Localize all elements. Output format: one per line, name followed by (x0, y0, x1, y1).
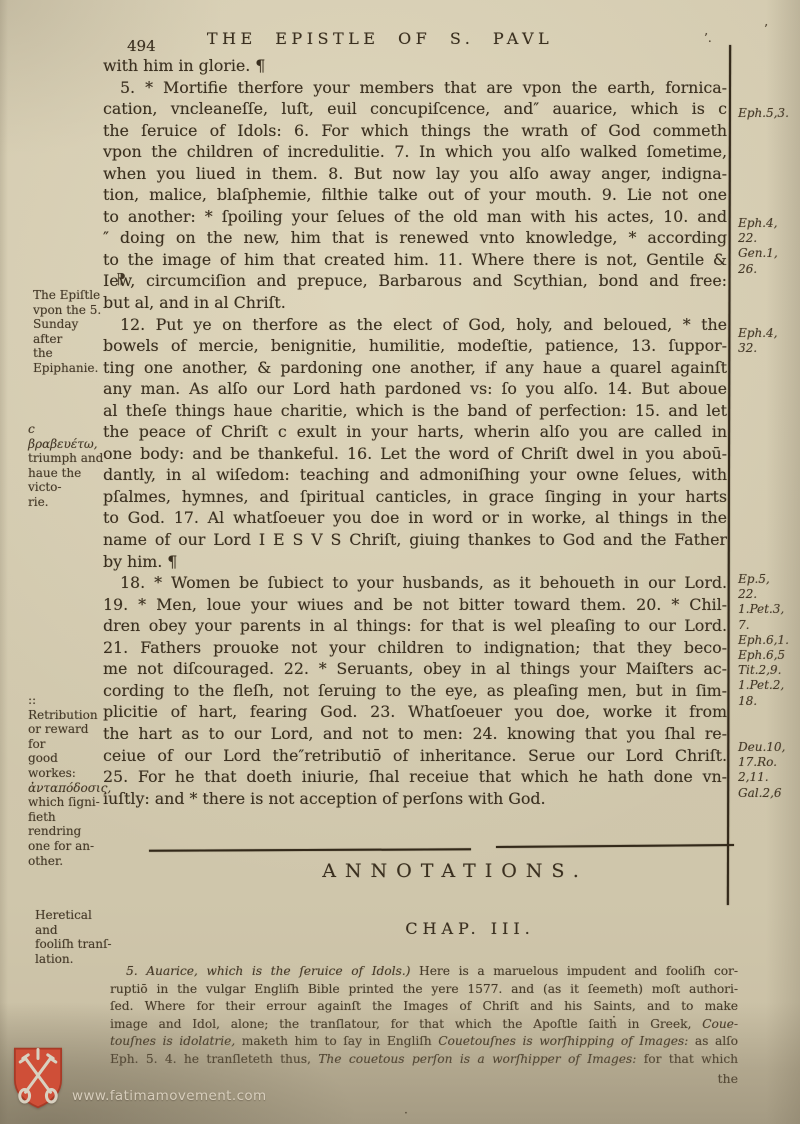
text-line: Iew, circumciſion and prepuce, Barbarous… (103, 270, 727, 292)
scripture-ref: Deu.10, (738, 740, 798, 755)
text-line: to the image of him that created him. 11… (103, 249, 727, 271)
scripture-ref-group: Eph.4,22.Gen.1,26. (738, 216, 798, 277)
margin-note-line: or reward for (28, 722, 106, 751)
scan-shadow-left (0, 0, 8, 1124)
margin-note-line: ¶ (48, 272, 126, 287)
scripture-ref: 18. (738, 694, 798, 709)
scripture-ref-group: Deu.10,17.Ro.2,11.Gal.2,6 (738, 740, 798, 801)
text-line: plicitie of hart, fearing God. 23. Whatſ… (103, 701, 727, 723)
margin-note-line: Sunday after (33, 317, 111, 346)
annotation-segment: Here is a maruelous impudent and fooliſh… (410, 964, 738, 978)
margin-note-greek-triumph: c βραβευέτω,triumph andhaue the victo-ri… (28, 422, 106, 510)
text-line: cording to the fleſh, not ſeruing to the… (103, 680, 727, 702)
margin-note-line: c βραβευέτω, (28, 422, 106, 451)
text-line: 5. * Mortifie therfore your members that… (103, 77, 727, 99)
text-line: with him in glorie. ¶ (103, 55, 727, 77)
scripture-ref: Eph.6,1. (738, 633, 798, 648)
stray-mark: ’. (704, 31, 712, 45)
text-line: cation, vncleaneſſe, luſt, euil concupiſ… (103, 98, 727, 120)
margin-note-line: triumph and (28, 451, 106, 466)
text-line: dren obey your parents in al things: for… (103, 615, 727, 637)
stray-mark: · (612, 1010, 616, 1024)
margin-note-line: The Epiſtle (33, 288, 111, 303)
scripture-ref: Tit.2,9. (738, 663, 798, 678)
annotation-segment: as alſo (688, 1034, 738, 1048)
margin-note-line: rie. (28, 495, 106, 510)
annotation-line: Eph. 5. 4. he tranſleteth thus, The coue… (110, 1051, 738, 1069)
scripture-ref-group: Eph.5,3. (738, 106, 798, 121)
scripture-ref: Eph.5,3. (738, 106, 798, 121)
scripture-ref: Eph.4, (738, 216, 798, 231)
annotation-segment: for that which (636, 1052, 738, 1066)
stray-mark: · (404, 1106, 408, 1120)
text-line: by him. ¶ (103, 551, 727, 573)
annotation-line: ruptiō in the vulgar Engliſh Bible print… (110, 981, 738, 999)
annotation-segment: 5. Auarice, which is the ſeruice of Idol… (126, 964, 410, 978)
margin-note-line: Heretical and (35, 908, 113, 937)
scripture-ref: Gen.1, (738, 246, 798, 261)
margin-note-line: good workes: (28, 751, 106, 780)
text-line: 19. * Men, loue your wiues and be not bi… (103, 594, 727, 616)
scripture-ref: Eph.4, (738, 326, 798, 341)
section-rule-left (149, 848, 471, 851)
scripture-ref: Gal.2,6 (738, 786, 798, 801)
annotation-segment: Couetouſnes is worſhipping of Images: (438, 1034, 688, 1048)
text-line: bowels of mercie, benignitie, humilitie,… (103, 335, 727, 357)
scripture-ref: 2,11. (738, 770, 798, 785)
text-line: ceiue of our Lord the″retributiō of inhe… (103, 745, 727, 767)
margin-note-heretical: Heretical andfooliſh tranſ-lation. (35, 908, 113, 966)
scripture-ref: 26. (738, 262, 798, 277)
margin-note-line: vpon the 5. (33, 303, 111, 318)
stray-mark: ’ (764, 22, 768, 36)
text-line: 25. For he that doeth iniurie, ſhal rece… (103, 766, 727, 788)
catchword: the (538, 1071, 738, 1086)
text-line: the ſeruice of Idols: 6. For which thing… (103, 120, 727, 142)
text-line: to another: * ſpoiling your ſelues of th… (103, 206, 727, 228)
annotation-line: touſnes is idolatrie, maketh him to ſay … (110, 1033, 738, 1051)
text-line: 18. * Women be ſubiect to your husbands,… (103, 572, 727, 594)
text-line: any man. As alſo our Lord hath pardoned … (103, 378, 727, 400)
margin-note-line: the Epiphanie. (33, 346, 111, 375)
text-line: the peace of Chriſt c exult in your hart… (103, 421, 727, 443)
margin-note-line: one for an- (28, 839, 106, 854)
margin-note-line: fieth rendring (28, 810, 106, 839)
margin-note-line: haue the victo- (28, 466, 106, 495)
annotation-segment: maketh him to ſay in Engliſh (235, 1034, 438, 1048)
margin-note-line: fooliſh tranſ- (35, 937, 113, 952)
scripture-ref: 22. (738, 231, 798, 246)
text-line: dantly, in al wiſedom: teaching and admo… (103, 464, 727, 486)
text-line: name of our Lord I E S V S Chriſt, giuin… (103, 529, 727, 551)
text-line: but al, and in al Chriſt. (103, 292, 727, 314)
margin-note-line: ἀνταπόδοσις, (28, 781, 106, 796)
crossed-keys-shield-icon (11, 1046, 65, 1110)
text-line: iuſtly: and * there is not acception of … (103, 788, 727, 810)
margin-rule-vertical (727, 45, 732, 905)
text-line: when you liued in them. 8. But now lay y… (103, 163, 727, 185)
margin-note-epistle: The Epiſtlevpon the 5.Sunday afterthe Ep… (33, 288, 111, 376)
scripture-ref-group: Eph.4,32. (738, 326, 798, 356)
scripture-ref: Eph.6,5 (738, 648, 798, 663)
scripture-ref: Ep.5, (738, 572, 798, 587)
text-line: tion, malice, blaſphemie, filthie talke … (103, 184, 727, 206)
text-line: pſalmes, hymnes, and ſpiritual canticles… (103, 486, 727, 508)
annotation-segment: ruptiō in the vulgar Engliſh Bible print… (110, 982, 738, 996)
scripture-ref: 17.Ro. (738, 755, 798, 770)
margin-note-retribution: :: Retributionor reward forgood workes:ἀ… (28, 693, 106, 868)
text-line: ″ doing on the new, him that is renewed … (103, 227, 727, 249)
text-line: me not diſcouraged. 22. * Seruants, obey… (103, 658, 727, 680)
scripture-ref: 1.Pet.2, (738, 678, 798, 693)
text-line: one body: and be thankeful. 16. Let the … (103, 443, 727, 465)
text-line: al theſe things haue charitie, which is … (103, 400, 727, 422)
scripture-ref: 7. (738, 618, 798, 633)
annotation-line: 5. Auarice, which is the ſeruice of Idol… (110, 963, 738, 981)
scanned-page: 494 THE EPISTLE OF S. PAVL with him in g… (0, 0, 800, 1124)
annotation-segment: The couetous perſon is a worſhipper of I… (318, 1052, 636, 1066)
annotation-line: ſed. Where for their errour againſt the … (110, 998, 738, 1016)
section-rule-right (496, 844, 734, 848)
running-title: THE EPISTLE OF S. PAVL (0, 29, 760, 48)
text-line: ting one another, & pardoning one anothe… (103, 357, 727, 379)
annotation-segment: Eph. 5. 4. he tranſleteth thus, (110, 1052, 318, 1066)
scan-shadow-right (766, 0, 800, 1124)
annotation-segment: Coue- (702, 1017, 738, 1031)
margin-note-line: which ſigni- (28, 795, 106, 810)
scripture-ref: 32. (738, 341, 798, 356)
annotation-line: image and Idol, alone; the tranſlatour, … (110, 1016, 738, 1034)
annotation-lines: 5. Auarice, which is the ſeruice of Idol… (110, 963, 738, 1069)
text-line: to God. 17. Al whatſoeuer you doe in wor… (103, 507, 727, 529)
margin-note-line: :: Retribution (28, 693, 106, 722)
annotation-segment: touſnes is idolatrie, (110, 1034, 235, 1048)
annotation-segment: ſed. Where for their errour againſt the … (110, 999, 738, 1013)
text-line: the hart as to our Lord, and not to men:… (103, 723, 727, 745)
chapter-heading: CHAP. III. (170, 919, 770, 938)
margin-note-line: other. (28, 854, 106, 869)
scripture-ref: 1.Pet.3, (738, 602, 798, 617)
scripture-ref: 22. (738, 587, 798, 602)
text-line: 21. Fathers prouoke not your children to… (103, 637, 727, 659)
text-line: vpon the children of incredulitie. 7. In… (103, 141, 727, 163)
annotations-heading: ANNOTATIONS. (170, 860, 740, 882)
body-text-column: with him in glorie. ¶5. * Mortifie therf… (103, 55, 727, 809)
margin-pilcrow: ¶ (48, 272, 126, 287)
scripture-ref-group: Ep.5,22.1.Pet.3,7.Eph.6,1.Eph.6,5Tit.2,9… (738, 572, 798, 709)
text-line: 12. Put ye on therfore as the elect of G… (103, 314, 727, 336)
watermark-url: www.fatimamovement.com (72, 1088, 267, 1104)
margin-note-line: lation. (35, 952, 113, 967)
